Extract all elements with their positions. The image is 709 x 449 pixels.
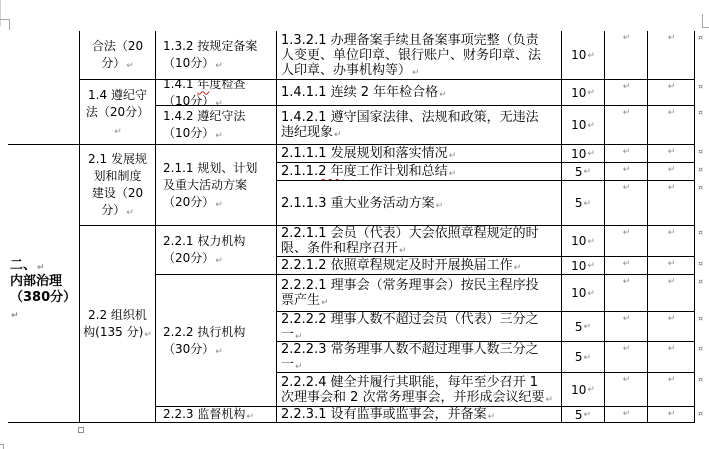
blank-cell[interactable]: ↵ [605,373,648,407]
level3-cell-power-organ[interactable]: 2.2.1 权力机构 （20分）↵ [156,226,277,275]
pilcrow-mark: ↵ [584,411,592,420]
blank-cell[interactable]: ↵ [605,80,648,106]
criterion-text: 1.4.2.1 遵守国家法律、法规和政策，无违法 违纪现象 [281,110,539,140]
margin-mark-topleft-h [0,19,9,20]
pilcrow-mark: ↵ [668,34,676,43]
pilcrow-mark: ↵ [587,52,595,61]
score-value: 5 [575,320,583,334]
row-end-mark: ¤ [698,278,703,286]
criterion-text: 2.1.1.1 发展规划和落实情况 [281,146,448,161]
level3-cell-executive-organ[interactable]: 2.2.2 执行机构 （30分）↵ [156,275,277,407]
margin-mark-left-line [0,0,1,26]
pilcrow-mark: ↵ [623,410,631,419]
pilcrow-mark: ↵ [584,168,592,177]
level2-text: 2.2 组织机 构(135 分) [83,308,147,339]
blank-cell[interactable]: ↵ [605,145,648,163]
pilcrow-mark: ↵ [668,345,676,354]
score-cell[interactable]: 10↵ [562,106,605,145]
margin-mark-topleft-v [9,19,10,30]
blank-cell[interactable]: ↵ [648,342,695,373]
pilcrow-mark: ↵ [623,278,631,287]
score-value: 10 [571,259,586,273]
word-document-page: 二、↵ 内部治理 （380分）↵ 合法（20 分）↵ 1.4 遵纪守 法（20分… [0,0,709,449]
pilcrow-mark: ↵ [623,34,631,43]
blank-cell[interactable]: ↵ [648,145,695,163]
row-end-mark: ¤ [698,345,703,353]
score-value: 10 [571,86,586,100]
level3-cell-law-abiding[interactable]: 1.4.2 遵纪守法 （10分）↵ [156,106,277,145]
blank-cell[interactable]: ↵ [605,342,648,373]
criterion-text: 2.2.2.2 理事人数不超过会员（代表）三分之 一 [281,312,539,342]
blank-cell[interactable]: ↵ [605,407,648,423]
criterion-cell[interactable]: 2.2.2.4 健全并履行其职能，每年至少召开 1 次理事会和 2 次常务理事会… [277,373,562,407]
criterion-cell[interactable]: 2.2.2.3 常务理事人数不超过理事人数三分之 一↵ [277,342,562,373]
blank-cell[interactable]: ↵ [648,31,695,80]
pilcrow-mark: ↵ [114,127,122,137]
level3-text: 1.4.1 [163,80,197,91]
pilcrow-mark: ↵ [668,109,676,118]
score-cell[interactable]: 10↵ [562,373,605,407]
pilcrow-mark: ↵ [449,151,457,161]
section-cell-continued[interactable] [8,31,80,145]
pilcrow-mark: ↵ [546,395,554,405]
score-value: 10 [571,383,586,397]
margin-mark-topright-v [702,14,703,28]
criterion-cell[interactable]: 2.2.1.1 会员（代表）大会依照章程规定的时 限、条件和程序召开↵ [277,226,562,257]
score-cell[interactable]: 10↵ [562,226,605,257]
score-value: 10 [571,147,586,161]
row-end-mark: ¤ [698,260,703,268]
pilcrow-mark: ↵ [587,238,595,247]
criterion-cell[interactable]: 2.2.1.2 依照章程规定及时开展换届工作↵ [277,257,562,275]
criterion-text: 2.2.2.1 理事会（常务理事会）按民主程序投 票产生 [281,278,539,308]
pilcrow-mark: ↵ [246,412,254,422]
pilcrow-mark: ↵ [126,208,134,218]
blank-cell[interactable]: ↵ [605,106,648,145]
pilcrow-mark: ↵ [587,262,595,271]
blank-cell[interactable]: ↵ [605,31,648,80]
row-end-mark: ¤ [698,410,703,418]
row-end-mark: ¤ [698,166,703,174]
criterion-text: 2.2.2.4 健全并履行其职能，每年至少召开 1 次理事会和 2 次常务理事会… [281,375,545,405]
row-end-mark: ¤ [698,315,703,323]
blank-cell[interactable]: ↵ [648,312,695,342]
criterion-cell[interactable]: 2.2.2.1 理事会（常务理事会）按民主程序投 票产生↵ [277,275,562,312]
section-line3: （380分） [10,290,76,305]
pilcrow-mark: ↵ [668,83,676,92]
pilcrow-mark: ↵ [668,260,676,269]
level3-cell-planning[interactable]: 2.1.1 规划、计划 及重大活动方案 （20分）↵ [156,145,277,226]
score-value: 10 [571,48,586,62]
score-cell[interactable]: 10↵ [562,145,605,163]
section-line1: 二、 [10,258,36,273]
level2-text: 1.4 遵纪守 法（20分） [86,88,149,119]
criterion-cell[interactable]: 1.4.1.1 连续 2 年年检合格↵ [277,80,562,106]
pilcrow-mark: ↵ [321,298,329,308]
level3-text: 2.2.2 执行机构 （30分） [163,325,245,356]
pilcrow-mark: ↵ [144,330,152,340]
criterion-cell[interactable]: 1.4.2.1 遵守国家法律、法规和政策，无违法 违纪现象↵ [277,106,562,145]
pilcrow-mark: ↵ [11,311,19,321]
criterion-text: 1.4.1.1 连续 2 年年检合格 [281,85,438,100]
pilcrow-mark: ↵ [623,260,631,269]
pilcrow-mark: ↵ [334,130,342,140]
pilcrow-mark: ↵ [399,246,407,256]
level3-cell-annual-inspection[interactable]: 1.4.1 年度检查 （10分）↵ [156,80,277,106]
score-cell[interactable]: 10↵ [562,275,605,312]
pilcrow-mark: ↵ [668,376,676,385]
pilcrow-mark: ↵ [126,61,134,71]
score-value: 5 [575,350,583,364]
blank-cell[interactable]: ↵ [648,163,695,181]
criterion-cell[interactable]: 2.1.1.2 年度工作计划和总结↵ [277,163,562,181]
level2-cell-development-planning[interactable]: 2.1 发展规 划和制度 建设（20 分）↵ [80,145,156,226]
level3-text: 1.4.2 遵纪守法 （10分） [163,109,245,140]
row-end-mark: ¤ [698,83,703,91]
pilcrow-mark: ↵ [587,122,595,131]
pilcrow-mark: ↵ [215,256,223,266]
score-value: 10 [571,234,586,248]
pilcrow-mark: ↵ [295,332,303,342]
pilcrow-mark: ↵ [37,263,45,273]
pilcrow-mark: ↵ [668,315,676,324]
pilcrow-mark: ↵ [587,150,595,159]
blank-cell[interactable]: ↵ [648,373,695,407]
criterion-cell[interactable]: 2.2.2.2 理事人数不超过会员（代表）三分之 一↵ [277,312,562,342]
pilcrow-mark: ↵ [215,347,223,357]
section-title: 二、↵ 内部治理 （380分）↵ [10,258,79,322]
score-value: 5 [575,196,583,210]
blank-cell[interactable]: ↵ [648,275,695,312]
pilcrow-mark: ↵ [623,345,631,354]
level2-cell-law-abiding[interactable]: 1.4 遵纪守 法（20分）↵ [80,80,156,145]
blank-cell[interactable]: ↵ [605,181,648,226]
criterion-text: 2.2.2.3 常务理事人数不超过理事人数三分之 一 [281,342,539,372]
level3-cell-filing[interactable]: 1.3.2 按规定备案 （10分）↵ [156,31,277,80]
pilcrow-mark: ↵ [623,229,631,238]
score-cell[interactable]: 5↵ [562,342,605,373]
level3-cell-supervisory-organ[interactable]: 2.2.3 监督机构↵ [156,407,277,423]
pilcrow-mark: ↵ [584,354,592,363]
evaluation-table: 二、↵ 内部治理 （380分）↵ 合法（20 分）↵ 1.4 遵纪守 法（20分… [8,31,696,424]
row-end-mark: ¤ [698,148,703,156]
blank-cell[interactable]: ↵ [605,226,648,257]
pilcrow-mark: ↵ [587,290,595,299]
pilcrow-mark: ↵ [584,323,592,332]
blank-cell[interactable]: ↵ [605,275,648,312]
pilcrow-mark: ↵ [623,184,631,193]
level2-text: 2.1 发展规 划和制度 建设（20 分） [88,152,147,217]
section-cell-internal-governance[interactable]: 二、↵ 内部治理 （380分）↵ [8,145,80,423]
blank-cell[interactable]: ↵ [605,257,648,275]
pilcrow-mark: ↵ [668,278,676,287]
blank-cell[interactable]: ↵ [648,106,695,145]
blank-cell[interactable]: ↵ [648,80,695,106]
score-value: 10 [571,118,586,132]
pilcrow-mark: ↵ [623,148,631,157]
pilcrow-mark: ↵ [668,229,676,238]
blank-cell[interactable]: ↵ [648,181,695,226]
pilcrow-mark: ↵ [215,61,223,71]
level3-text: 1.3.2 按规定备案 （10分） [163,39,257,70]
criterion-text: 2.1.1.3 重大业务活动方案 [281,196,435,211]
score-value: 5 [575,408,583,422]
criterion-cell[interactable]: 2.1.1.3 重大业务活动方案↵ [277,181,562,226]
pilcrow-mark: ↵ [668,410,676,419]
margin-mark-topright-h [702,27,709,28]
row-end-mark: ¤ [698,184,703,192]
score-value: 5 [575,165,583,179]
pilcrow-mark: ↵ [623,315,631,324]
pilcrow-mark: ↵ [295,362,303,372]
score-value: 10 [571,286,586,300]
level2-cell-organization[interactable]: 2.2 组织机 构(135 分)↵ [80,226,156,423]
pilcrow-mark: ↵ [668,166,676,175]
pilcrow-mark: ↵ [449,169,457,179]
blank-cell[interactable]: ↵ [605,163,648,181]
score-cell[interactable]: 5↵ [562,181,605,226]
criterion-text: 2.2.1.1 会员（代表）大会依照章程规定的时 限、条件和程序召开 [281,226,539,256]
pilcrow-mark: ↵ [623,83,631,92]
pilcrow-mark: ↵ [584,200,592,209]
level3-text: 2.2.3 监督机构 [163,407,245,421]
score-cell[interactable]: 10↵ [562,31,605,80]
pilcrow-mark: ↵ [623,166,631,175]
spellcheck-wavy-text: 年 [197,80,209,91]
pilcrow-mark: ↵ [623,109,631,118]
margin-mark-bottomleft [0,444,4,449]
row-end-mark: ¤ [698,34,703,42]
criterion-cell[interactable]: 2.1.1.1 发展规划和落实情况↵ [277,145,562,163]
table-handle-square[interactable] [78,427,84,433]
score-cell[interactable]: 10↵ [562,80,605,106]
criterion-text-post: 度工作计划和总结 [344,164,448,179]
criterion-text: 2.2.3.1 设有监事或监事会，并备案 [281,407,487,422]
score-cell[interactable]: 5↵ [562,312,605,342]
score-cell[interactable]: 10↵ [562,257,605,275]
section-line2: 内部治理 [10,274,79,290]
pilcrow-mark: ↵ [215,99,223,107]
blank-cell[interactable]: ↵ [648,226,695,257]
criterion-cell[interactable]: 1.3.2.1 办理备案手续且备案事项完整（负责 人变更、单位印章、银行账户、财… [277,31,562,80]
criterion-cell[interactable]: 2.2.3.1 设有监事或监事会，并备案↵ [277,407,562,423]
level3-text: 2.1.1 规划、计划 及重大活动方案 （20分） [163,161,257,209]
blank-cell[interactable]: ↵ [605,312,648,342]
row-end-mark: ¤ [698,229,703,237]
row-end-mark: ¤ [698,376,703,384]
pilcrow-mark: ↵ [215,200,223,210]
level2-text: 合法（20 分） [92,39,143,70]
criterion-text: 2.1.1. [281,164,318,179]
pilcrow-mark: ↵ [436,201,444,211]
score-cell[interactable]: 5↵ [562,163,605,181]
pilcrow-mark: ↵ [412,68,420,78]
score-cell[interactable]: 5↵ [562,407,605,423]
pilcrow-mark: ↵ [587,386,595,395]
pilcrow-mark: ↵ [587,89,595,98]
pilcrow-mark: ↵ [514,263,522,273]
blank-cell[interactable]: ↵ [648,257,695,275]
pilcrow-mark: ↵ [439,90,447,100]
pilcrow-mark: ↵ [215,131,223,141]
row-end-mark: ¤ [698,109,703,117]
criterion-text: 2.2.1.2 依照章程规定及时开展换届工作 [281,258,513,273]
level3-text: 2.2.1 权力机构 （20分） [163,234,245,265]
blank-cell[interactable]: ↵ [648,407,695,423]
criterion-text: 1.3.2.1 办理备案手续且备案事项完整（负责 人变更、单位印章、银行账户、财… [281,33,541,78]
level2-cell-legality[interactable]: 合法（20 分）↵ [80,31,156,80]
pilcrow-mark: ↵ [623,376,631,385]
pilcrow-mark: ↵ [668,148,676,157]
pilcrow-mark: ↵ [668,184,676,193]
pilcrow-mark: ↵ [488,412,496,422]
spellcheck-wavy-text: 2 年 [318,164,343,179]
